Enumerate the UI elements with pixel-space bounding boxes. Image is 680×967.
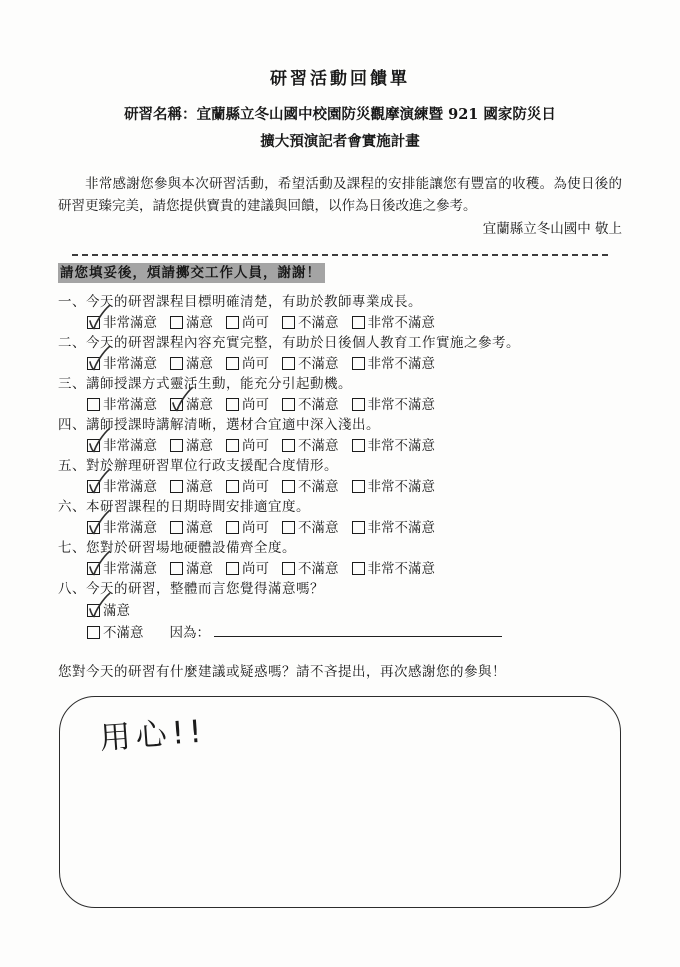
checkbox-q7-5 [352,562,365,575]
checkbox-q1-4 [282,316,295,329]
checkbox-q4-2 [170,439,183,452]
suggestion-prompt: 您對今天的研習有什麼建議或疑惑嗎？請不吝提出，再次感謝您的參與！ [58,662,622,683]
option-q1-1: 非常滿意 [87,315,157,331]
option-label: 非常滿意 [103,438,157,454]
question-label: 今天的研習課程內容充實完整，有助於日後個人教育工作實施之參考。 [86,335,520,351]
option-label: 滿意 [186,479,213,495]
option-q4-5: 非常不滿意 [352,438,436,454]
option-label: 尚可 [242,479,269,495]
question-number: 二、 [58,335,86,351]
q8-option-line-1: 滿意 [87,600,622,622]
question-text: 六、本研習課程的日期時間安排適宜度。 [58,497,622,518]
option-label: 滿意 [186,315,213,331]
option-label: 非常不滿意 [368,479,436,495]
option-q4-1: 非常滿意 [87,438,157,454]
option-label: 非常滿意 [103,561,157,577]
question-number: 五、 [58,458,86,474]
checkbox-q2-5 [352,357,365,370]
options-row: 非常滿意滿意尚可不滿意非常不滿意 [87,436,622,457]
question-item: 三、講師授課方式靈活生動，能充分引起動機。非常滿意滿意尚可不滿意非常不滿意 [58,374,622,415]
question-number: 六、 [58,499,86,515]
checkbox-q5-1 [87,480,100,493]
workshop-name-label: 研習名稱： [124,106,197,123]
question-item: 五、對於辦理研習單位行政支援配合度情形。非常滿意滿意尚可不滿意非常不滿意 [58,456,622,497]
option-label: 尚可 [242,315,269,331]
question-item: 六、本研習課程的日期時間安排適宜度。非常滿意滿意尚可不滿意非常不滿意 [58,497,622,538]
checkbox-q3-5 [352,398,365,411]
option-q2-4: 不滿意 [282,356,339,372]
option-label: 尚可 [242,397,269,413]
question-text: 二、今天的研習課程內容充實完整，有助於日後個人教育工作實施之參考。 [58,333,622,354]
instruction-row: 請您填妥後，煩請擲交工作人員，謝謝！ [58,263,622,283]
option-label: 不滿意 [298,356,339,372]
option-q7-1: 非常滿意 [87,561,157,577]
question-number: 一、 [58,294,86,310]
checkbox-q7-2 [170,562,183,575]
question-text: 八、今天的研習，整體而言您覺得滿意嗎？ [58,579,622,600]
question-text: 五、對於辦理研習單位行政支援配合度情形。 [58,456,622,477]
question-label: 今天的研習，整體而言您覺得滿意嗎？ [86,581,324,597]
option-q1-5: 非常不滿意 [352,315,436,331]
comment-box: 用心!! [59,696,621,908]
signoff-text: 宜蘭縣立冬山國中 敬上 [58,219,622,240]
checkbox-q6-2 [170,521,183,534]
options-row: 非常滿意滿意尚可不滿意非常不滿意 [87,518,622,539]
question-text: 一、今天的研習課程目標明確清楚，有助於教師專業成長。 [58,292,622,313]
option-q1-3: 尚可 [226,315,269,331]
reason-label: 因為： [170,625,211,641]
instruction-highlight: 請您填妥後，煩請擲交工作人員，謝謝！ [58,263,325,283]
dashed-separator [72,254,610,256]
checkbox-q2-4 [282,357,295,370]
checkbox-q5-2 [170,480,183,493]
option-label: 非常不滿意 [368,438,436,454]
checkbox-q7-4 [282,562,295,575]
question-text: 四、講師授課時講解清晰，選材合宜適中深入淺出。 [58,415,622,436]
checkbox-q4-4 [282,439,295,452]
question-label: 對於辦理研習單位行政支援配合度情形。 [86,458,338,474]
option-label: 滿意 [186,561,213,577]
option-label: 尚可 [242,520,269,536]
option-label: 尚可 [242,356,269,372]
checkbox-q1-3 [226,316,239,329]
option-label: 尚可 [242,561,269,577]
option-q3-2: 滿意 [170,397,213,413]
option-q7-2: 滿意 [170,561,213,577]
option-q3-5: 非常不滿意 [352,397,436,413]
option-q6-4: 不滿意 [282,520,339,536]
checkbox-q8-1 [87,604,100,617]
checkbox-q6-3 [226,521,239,534]
question-item: 二、今天的研習課程內容充實完整，有助於日後個人教育工作實施之參考。非常滿意滿意尚… [58,333,622,374]
option-q1-2: 滿意 [170,315,213,331]
option-q4-4: 不滿意 [282,438,339,454]
checkbox-q6-5 [352,521,365,534]
option-label: 不滿意 [298,479,339,495]
checkbox-q5-3 [226,480,239,493]
workshop-name-line1: 研習名稱：宜蘭縣立冬山國中校園防災觀摩演練暨 921 國家防災日 [58,105,622,125]
option-q7-5: 非常不滿意 [352,561,436,577]
option-label: 滿意 [186,520,213,536]
question-number: 三、 [58,376,86,392]
question-number: 八、 [58,581,86,597]
reason-blank-line [214,622,502,637]
option-label: 滿意 [186,356,213,372]
q8-option-line-2: 不滿意因為： [87,622,622,644]
option-q3-4: 不滿意 [282,397,339,413]
options-row: 非常滿意滿意尚可不滿意非常不滿意 [87,313,622,334]
question-text: 三、講師授課方式靈活生動，能充分引起動機。 [58,374,622,395]
workshop-name-block: 研習名稱：宜蘭縣立冬山國中校園防災觀摩演練暨 921 國家防災日 擴大預演記者會… [58,105,622,152]
checkbox-q3-4 [282,398,295,411]
question-label: 您對於研習場地硬體設備齊全度。 [86,540,296,556]
options-row: 非常滿意滿意尚可不滿意非常不滿意 [87,559,622,580]
option-q2-2: 滿意 [170,356,213,372]
option-q7-3: 尚可 [226,561,269,577]
option-label: 非常不滿意 [368,520,436,536]
checkbox-q3-3 [226,398,239,411]
checkbox-q2-1 [87,357,100,370]
checkbox-q7-3 [226,562,239,575]
option-label: 不滿意 [103,625,144,641]
option-label: 滿意 [186,438,213,454]
checkbox-q7-1 [87,562,100,575]
option-q7-4: 不滿意 [282,561,339,577]
checkbox-q2-2 [170,357,183,370]
option-q3-1: 非常滿意 [87,397,157,413]
question-label: 本研習課程的日期時間安排適宜度。 [86,499,310,515]
question-item: 四、講師授課時講解清晰，選材合宜適中深入淺出。非常滿意滿意尚可不滿意非常不滿意 [58,415,622,456]
option-label: 不滿意 [298,520,339,536]
option-q5-3: 尚可 [226,479,269,495]
option-q6-2: 滿意 [170,520,213,536]
option-q2-5: 非常不滿意 [352,356,436,372]
questions-list: 一、今天的研習課程目標明確清楚，有助於教師專業成長。非常滿意滿意尚可不滿意非常不… [58,292,622,644]
question-item-8: 八、今天的研習，整體而言您覺得滿意嗎？滿意不滿意因為： [58,579,622,644]
form-title: 研習活動回饋單 [58,70,622,88]
option-label: 非常滿意 [103,520,157,536]
option-q2-3: 尚可 [226,356,269,372]
checkbox-q3-2 [170,398,183,411]
option-label: 非常不滿意 [368,397,436,413]
option-label: 滿意 [186,397,213,413]
option-label: 非常不滿意 [368,561,436,577]
checkbox-q5-5 [352,480,365,493]
checkbox-q5-4 [282,480,295,493]
option-label: 滿意 [103,603,130,619]
checkbox-q8-2 [87,626,100,639]
option-q3-3: 尚可 [226,397,269,413]
scanned-feedback-form: 研習活動回饋單 研習名稱：宜蘭縣立冬山國中校園防災觀摩演練暨 921 國家防災日… [0,0,680,967]
option-q4-2: 滿意 [170,438,213,454]
checkbox-q3-1 [87,398,100,411]
option-q5-4: 不滿意 [282,479,339,495]
checkbox-q4-1 [87,439,100,452]
option-label: 非常滿意 [103,315,157,331]
checkbox-q1-1 [87,316,100,329]
option-label: 非常滿意 [103,397,157,413]
option-q5-1: 非常滿意 [87,479,157,495]
options-row: 非常滿意滿意尚可不滿意非常不滿意 [87,354,622,375]
question-item: 一、今天的研習課程目標明確清楚，有助於教師專業成長。非常滿意滿意尚可不滿意非常不… [58,292,622,333]
checkbox-q6-4 [282,521,295,534]
question-item: 七、您對於研習場地硬體設備齊全度。非常滿意滿意尚可不滿意非常不滿意 [58,538,622,579]
option-label: 不滿意 [298,561,339,577]
option-label: 非常滿意 [103,356,157,372]
question-label: 講師授課方式靈活生動，能充分引起動機。 [86,376,352,392]
option-q4-3: 尚可 [226,438,269,454]
checkbox-q2-3 [226,357,239,370]
question-number: 四、 [58,417,86,433]
checkbox-q6-1 [87,521,100,534]
workshop-name-line2: 擴大預演記者會實施計畫 [58,132,622,152]
option-label: 非常不滿意 [368,315,436,331]
option-label: 不滿意 [298,315,339,331]
checkbox-q4-5 [352,439,365,452]
checkbox-q1-2 [170,316,183,329]
checkbox-q1-5 [352,316,365,329]
option-label: 尚可 [242,438,269,454]
question-text: 七、您對於研習場地硬體設備齊全度。 [58,538,622,559]
option-q5-5: 非常不滿意 [352,479,436,495]
options-row: 非常滿意滿意尚可不滿意非常不滿意 [87,395,622,416]
option-q6-3: 尚可 [226,520,269,536]
option-label: 不滿意 [298,397,339,413]
handwritten-comment: 用心!! [98,705,208,757]
option-label: 非常不滿意 [368,356,436,372]
intro-paragraph: 非常感謝您參與本次研習活動，希望活動及課程的安排能讓您有豐富的收穫。為使日後的研… [58,174,622,217]
question-label: 講師授課時講解清晰，選材合宜適中深入淺出。 [86,417,380,433]
option-q6-1: 非常滿意 [87,520,157,536]
option-q1-4: 不滿意 [282,315,339,331]
options-row: 非常滿意滿意尚可不滿意非常不滿意 [87,477,622,498]
option-label: 不滿意 [298,438,339,454]
question-label: 今天的研習課程目標明確清楚，有助於教師專業成長。 [86,294,422,310]
option-q2-1: 非常滿意 [87,356,157,372]
option-q6-5: 非常不滿意 [352,520,436,536]
question-number: 七、 [58,540,86,556]
workshop-name-text: 宜蘭縣立冬山國中校園防災觀摩演練暨 921 國家防災日 [197,106,556,123]
option-q5-2: 滿意 [170,479,213,495]
checkbox-q4-3 [226,439,239,452]
option-label: 非常滿意 [103,479,157,495]
